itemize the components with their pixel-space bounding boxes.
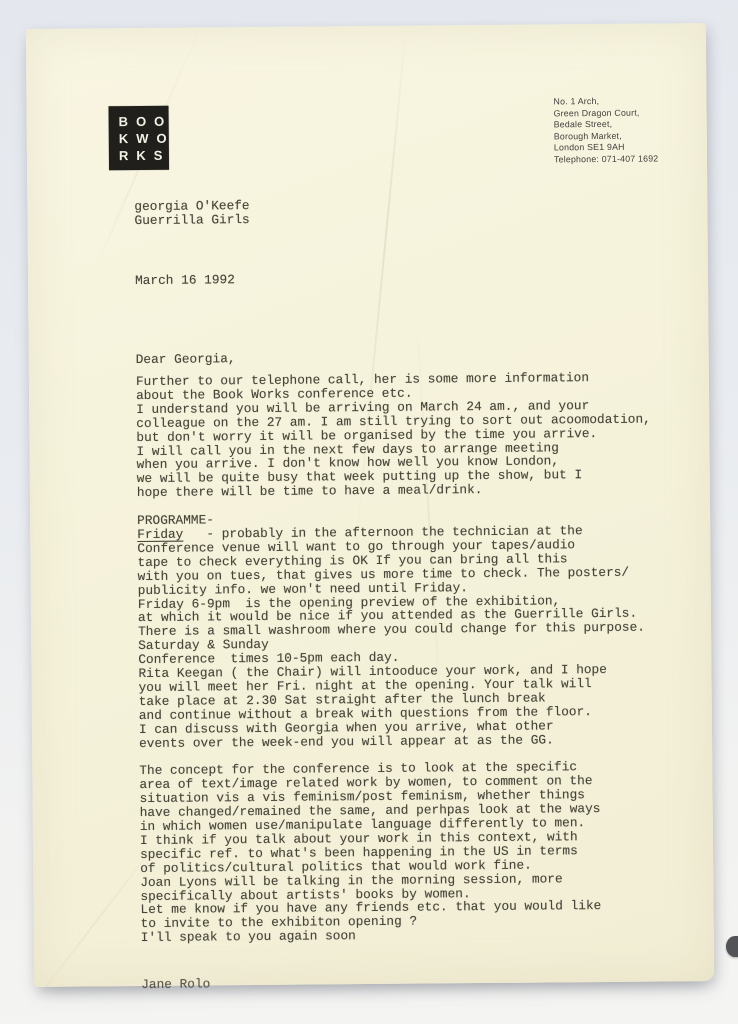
- background-object: [726, 936, 738, 957]
- address-line: Telephone: 071-407 1692: [554, 153, 724, 166]
- date-line: March 16 1992: [135, 273, 235, 288]
- logo-row: BOO: [119, 113, 169, 130]
- letter-paper: BOOKWORKS No. 1 Arch,Green Dragon Court,…: [26, 23, 714, 987]
- recipient-line: Guerrilla Girls: [134, 213, 249, 228]
- letter-line: I'll speak to you again soon: [141, 927, 656, 945]
- logo-row: KWO: [119, 130, 169, 147]
- letterhead-address: No. 1 Arch,Green Dragon Court,Bedale Str…: [553, 95, 724, 166]
- bookworks-logo: BOOKWORKS: [109, 106, 170, 171]
- logo-row: RKS: [119, 147, 169, 164]
- recipient-block: georgia O'KeefeGuerrilla Girls: [134, 199, 249, 228]
- salutation: Dear Georgia,: [136, 352, 236, 367]
- photo-background: BOOKWORKS No. 1 Arch,Green Dragon Court,…: [0, 0, 738, 1024]
- letter-body: Further to our telephone call, her is so…: [136, 371, 655, 946]
- signature: Jane Rolo: [141, 977, 210, 992]
